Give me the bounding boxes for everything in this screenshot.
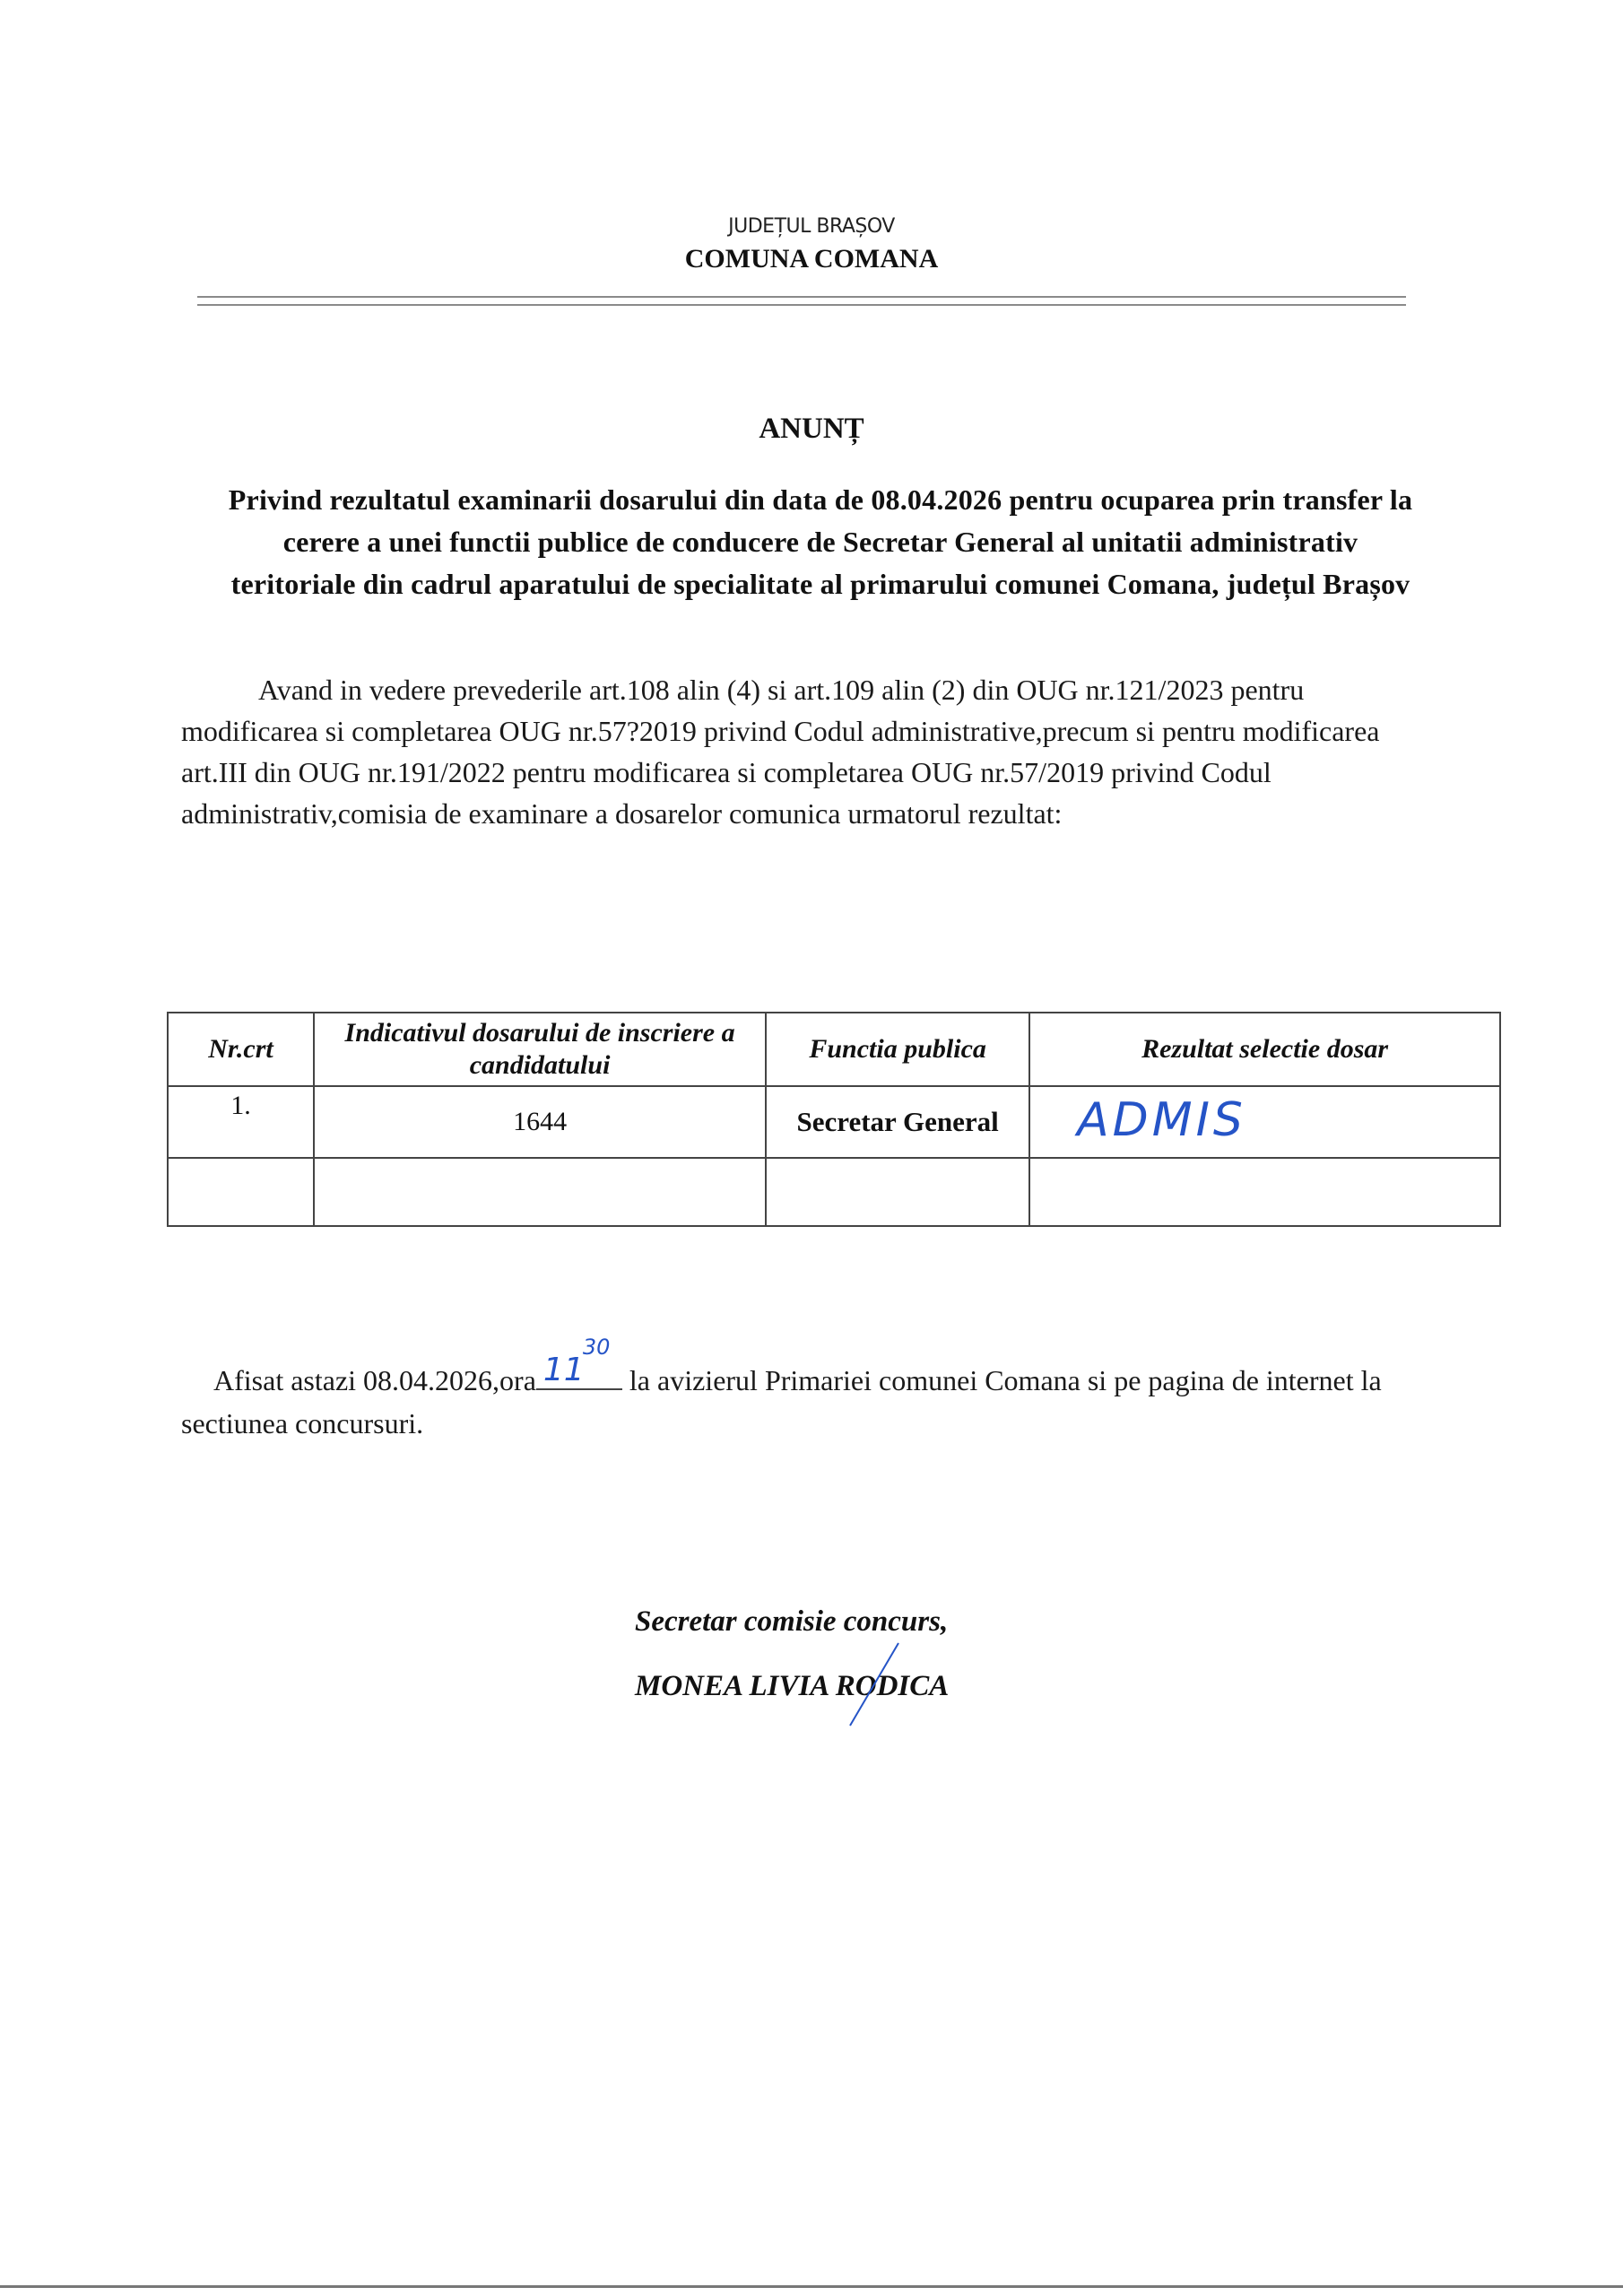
cell-indicativ: 1644	[314, 1086, 766, 1158]
body-paragraph: Avand in vedere prevederile art.108 alin…	[181, 669, 1428, 834]
handwritten-hour: 11	[543, 1349, 585, 1392]
county-label: JUDEȚUL BRAȘOV	[0, 215, 1623, 238]
header-functia: Functia publica	[766, 1013, 1029, 1086]
handwritten-result: ADMIS	[1077, 1093, 1246, 1147]
posting-notice: Afisat astazi 08.04.2026,ora1130 la aviz…	[181, 1356, 1436, 1445]
cell-nr: 1.	[168, 1086, 314, 1158]
header-nr: Nr.crt	[168, 1013, 314, 1086]
cell-nr	[168, 1158, 314, 1226]
body-text: Avand in vedere prevederile art.108 alin…	[181, 674, 1379, 830]
handwritten-time-field: 1130	[536, 1356, 622, 1390]
header-double-rule	[197, 296, 1406, 306]
results-table: Nr.crt Indicativul dosarului de inscrier…	[167, 1012, 1501, 1227]
commune-label: COMUNA COMANA	[0, 244, 1623, 274]
posting-prefix: Afisat astazi 08.04.2026,ora	[213, 1364, 536, 1396]
table-header-row: Nr.crt Indicativul dosarului de inscrier…	[168, 1013, 1500, 1086]
document-title: ANUNȚ	[0, 413, 1623, 446]
signature-stroke-icon	[843, 1641, 906, 1727]
footer-rule	[0, 2285, 1623, 2288]
cell-functia	[766, 1158, 1029, 1226]
announcement-subject: Privind rezultatul examinarii dosarului …	[224, 479, 1417, 605]
handwritten-minutes: 30	[583, 1326, 611, 1369]
table-row	[168, 1158, 1500, 1226]
cell-rezultat	[1029, 1158, 1500, 1226]
signatory-role: Secretar comisie concurs,	[635, 1605, 948, 1639]
table-row: 1. 1644 Secretar General ADMIS	[168, 1086, 1500, 1158]
cell-indicativ	[314, 1158, 766, 1226]
header-indicativ: Indicativul dosarului de inscriere a can…	[314, 1013, 766, 1086]
header-rezultat: Rezultat selectie dosar	[1029, 1013, 1500, 1086]
cell-functia: Secretar General	[766, 1086, 1029, 1158]
cell-rezultat: ADMIS	[1029, 1086, 1500, 1158]
